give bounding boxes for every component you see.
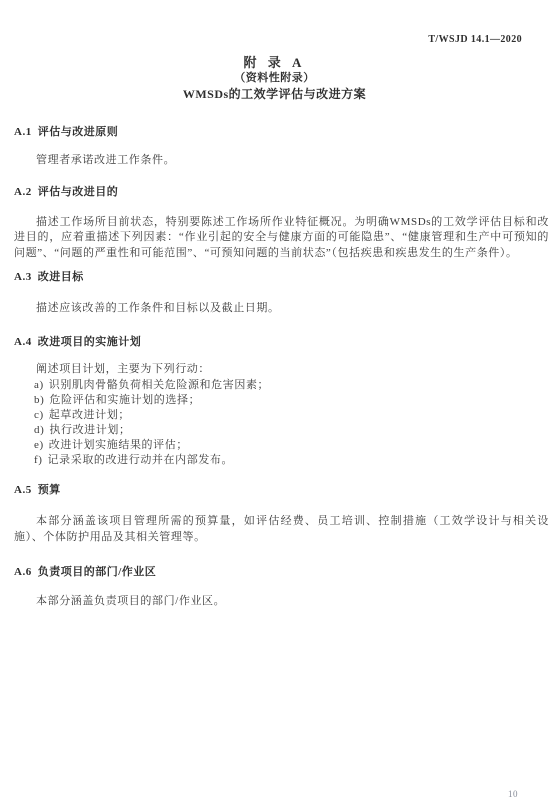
section-a2-paragraph: 描述工作场所目前状态，特别要陈述工作场所作业特征概况。为明确WMSDs的工效学评… [14,215,549,262]
list-item-c: c)起草改进计划； [14,408,549,423]
section-a1-heading: A.1评估与改进原则 [14,125,549,139]
list-item-d: d)执行改进计划； [14,423,549,438]
list-item-d-marker: d) [34,424,44,436]
section-a1-title: 评估与改进原则 [38,126,119,138]
list-item-d-text: 执行改进计划； [49,424,130,436]
section-a4-heading: A.4改进项目的实施计划 [14,335,549,349]
appendix-label: 附 录 A [14,55,535,71]
section-a6-paragraph: 本部分涵盖负责项目的部门/作业区。 [14,594,549,610]
section-a6-heading: A.6负责项目的部门/作业区 [14,565,549,579]
section-a4-intro-paragraph: 阐述项目计划，主要为下列行动： [14,362,549,378]
list-item-f-marker: f) [34,454,43,466]
section-a5-heading: A.5预算 [14,483,549,497]
list-item-b-marker: b) [34,394,44,406]
section-a1-paragraph: 管理者承诺改进工作条件。 [14,153,549,169]
section-a2-number: A.2 [14,186,32,198]
section-a4-action-list: a)识别肌肉骨骼负荷相关危险源和危害因素； b)危险评估和实施计划的选择； c)… [14,378,549,468]
document-body: A.1评估与改进原则 管理者承诺改进工作条件。 A.2评估与改进目的 描述工作场… [14,118,549,610]
section-a3-title: 改进目标 [38,271,84,283]
list-item-c-marker: c) [34,409,44,421]
section-a5-paragraph: 本部分涵盖该项目管理所需的预算量，如评估经费、员工培训、控制措施（工效学设计与相… [14,514,549,545]
section-a3-heading: A.3改进目标 [14,270,549,284]
section-a2-title: 评估与改进目的 [38,186,119,198]
list-item-e-text: 改进计划实施结果的评估； [49,439,188,451]
section-a6-number: A.6 [14,566,32,578]
list-item-e-marker: e) [34,439,44,451]
section-a4-number: A.4 [14,336,32,348]
list-item-f: f)记录采取的改进行动并在内部发布。 [14,453,549,468]
section-a5-title: 预算 [38,484,61,496]
section-a2-heading: A.2评估与改进目的 [14,185,549,199]
list-item-b: b)危险评估和实施计划的选择； [14,393,549,408]
document-page: T/WSJD 14.1—2020 附 录 A （资料性附录） WMSDs的工效学… [0,0,557,812]
section-a3-number: A.3 [14,271,32,283]
appendix-title-block: 附 录 A （资料性附录） WMSDs的工效学评估与改进方案 [14,55,535,102]
standard-code: T/WSJD 14.1—2020 [428,34,522,45]
appendix-subject: WMSDs的工效学评估与改进方案 [14,86,535,102]
list-item-a-text: 识别肌肉骨骼负荷相关危险源和危害因素； [49,379,269,391]
list-item-a: a)识别肌肉骨骼负荷相关危险源和危害因素； [14,378,549,393]
section-a5-number: A.5 [14,484,32,496]
section-a1-number: A.1 [14,126,32,138]
list-item-a-marker: a) [34,379,44,391]
list-item-f-text: 记录采取的改进行动并在内部发布。 [48,454,234,466]
list-item-c-text: 起草改进计划； [49,409,130,421]
list-item-e: e)改进计划实施结果的评估； [14,438,549,453]
section-a4-title: 改进项目的实施计划 [38,336,142,348]
section-a6-title: 负责项目的部门/作业区 [38,566,157,578]
page-number: 10 [508,789,518,799]
section-a3-paragraph: 描述应该改善的工作条件和目标以及截止日期。 [14,301,549,317]
list-item-b-text: 危险评估和实施计划的选择； [49,394,200,406]
appendix-type: （资料性附录） [14,71,535,86]
